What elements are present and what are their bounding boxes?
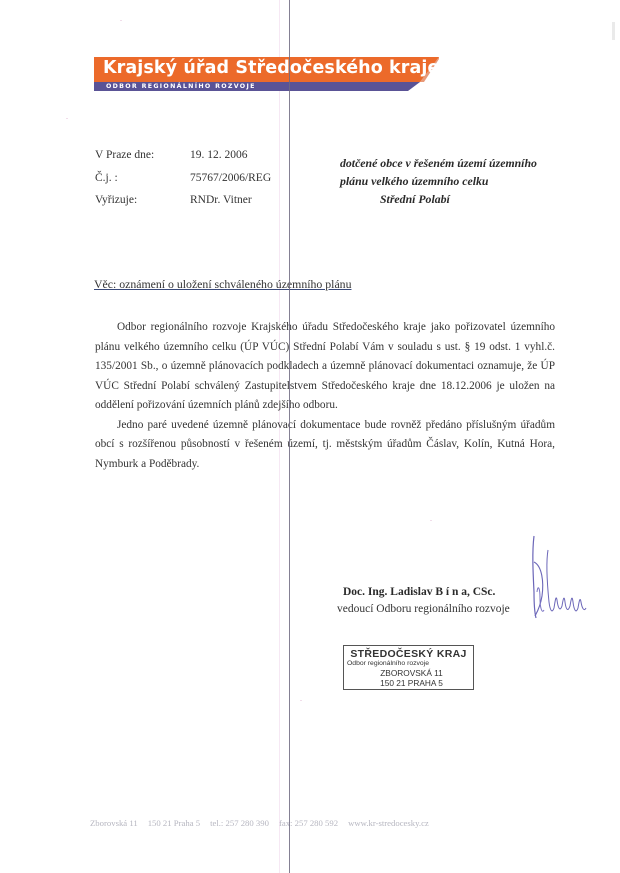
reference-block: V Praze dne: 19. 12. 2006 Č.j. : 75767/2… (95, 149, 271, 217)
ref-number-value: 75767/2006/REG (190, 172, 271, 184)
footer-web: www.kr-stredocesky.cz (348, 818, 429, 828)
recipient-address: dotčené obce v řešeném území územního pl… (340, 154, 537, 208)
letter-body: Odbor regionálního rozvoje Krajského úřa… (95, 318, 555, 474)
recipient-line: plánu velkého územního celku (340, 172, 537, 190)
signatory-role: vedoucí Odboru regionálního rozvoje (337, 603, 510, 615)
recipient-line: dotčené obce v řešeném území územního (340, 154, 537, 172)
handler-label: Vyřizuje: (95, 194, 190, 206)
footer-city: 150 21 Praha 5 (148, 818, 200, 828)
handwritten-signature-icon (528, 532, 588, 620)
stamp-line: 150 21 PRAHA 5 (344, 678, 473, 688)
scan-speck (300, 700, 302, 701)
scan-speck (120, 20, 122, 21)
recipient-line: Střední Polabí (340, 190, 537, 208)
signatory-name: Doc. Ing. Ladislav B í n a, CSc. (343, 586, 495, 598)
page-footer: Zborovská 11 150 21 Praha 5 tel.: 257 28… (90, 818, 439, 828)
ref-number-label: Č.j. : (95, 172, 190, 184)
body-paragraph: Jedno paré uvedené územně plánovací doku… (95, 416, 555, 475)
scan-speck (612, 22, 615, 40)
letterhead-banner: Krajský úřad Středočeského kraje ODBOR R… (94, 57, 439, 92)
stamp-line: STŘEDOČESKÝ KRAJ (344, 649, 473, 660)
footer-fax: fax: 257 280 592 (279, 818, 338, 828)
letterhead-title: Krajský úřad Středočeského kraje (103, 58, 440, 78)
body-paragraph: Odbor regionálního rozvoje Krajského úřa… (95, 318, 555, 416)
official-stamp: STŘEDOČESKÝ KRAJ Odbor regionálního rozv… (343, 645, 474, 690)
reference-row-handler: Vyřizuje: RNDr. Vitner (95, 194, 271, 217)
handler-value: RNDr. Vitner (190, 194, 252, 206)
reference-row-number: Č.j. : 75767/2006/REG (95, 172, 271, 195)
scan-speck (430, 520, 432, 521)
reference-row-date: V Praze dne: 19. 12. 2006 (95, 149, 271, 172)
scan-speck (66, 118, 68, 119)
footer-tel: tel.: 257 280 390 (210, 818, 269, 828)
stamp-line: Odbor regionálního rozvoje (344, 660, 473, 668)
footer-address: Zborovská 11 (90, 818, 138, 828)
letterhead-subtitle: ODBOR REGIONÁLNÍHO ROZVOJE (106, 83, 256, 90)
date-value: 19. 12. 2006 (190, 149, 248, 161)
scan-artifact-line (289, 0, 290, 873)
date-label: V Praze dne: (95, 149, 190, 161)
subject-line: Věc: oznámení o uložení schváleného územ… (94, 277, 351, 292)
stamp-line: ZBOROVSKÁ 11 (344, 668, 473, 678)
